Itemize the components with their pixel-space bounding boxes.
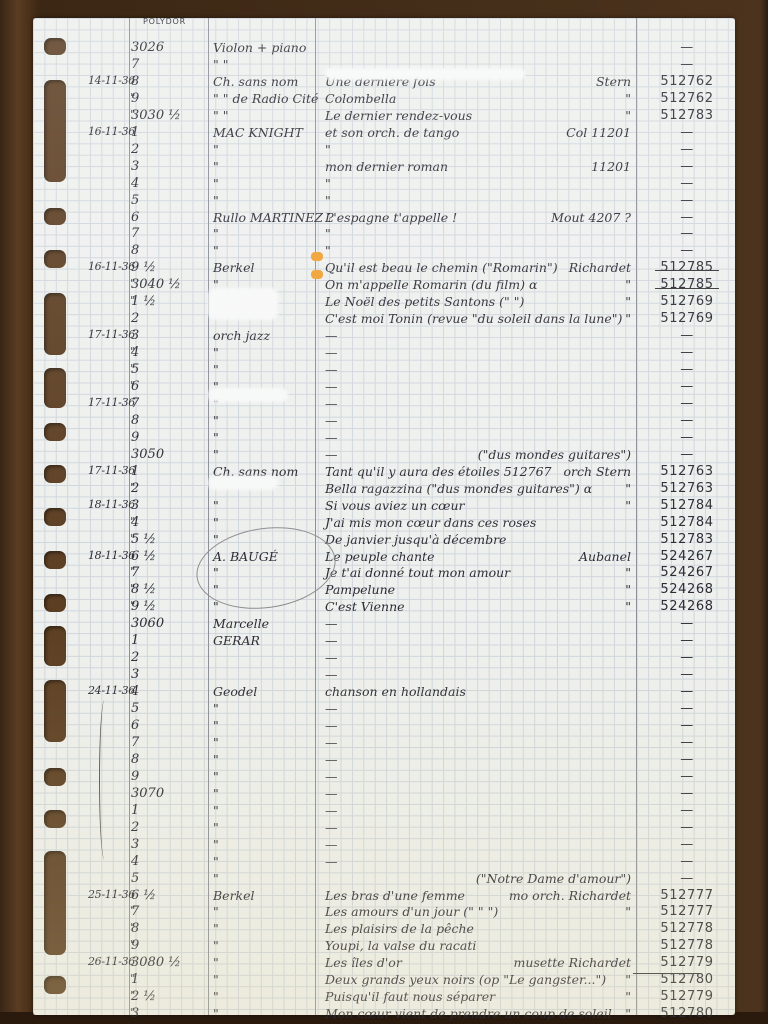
cell-title: Le dernier rendez-vous [325, 108, 472, 123]
cell-artist: " [213, 142, 321, 157]
underline-mark [655, 270, 719, 271]
table-row: "9"Youpi, la valse du racati512778 [33, 938, 735, 956]
cell-cat: 512769 [645, 294, 729, 309]
cell-no: 2 ½ [131, 989, 193, 1004]
cell-no: 1 [131, 125, 193, 140]
cell-pub: Stern [596, 74, 631, 89]
table-row: 4""— [33, 176, 735, 194]
cell-title: — [325, 650, 338, 665]
cell-cat: — [645, 226, 729, 241]
cell-pub: " [625, 108, 631, 123]
cell-cat: — [645, 837, 729, 852]
cell-no: 3 [131, 1006, 193, 1021]
cell-cat: — [645, 379, 729, 394]
cell-no: 3030 ½ [131, 108, 193, 123]
cell-no: 5 [131, 193, 193, 208]
cell-title: Qu'il est beau le chemin ("Romarin") [325, 260, 558, 275]
cell-no: 3040 ½ [131, 277, 193, 292]
cell-title: C'est moi Tonin (revue "du soleil dans l… [325, 311, 622, 326]
cell-artist: " [213, 413, 321, 428]
cell-title: Bella ragazzina ("dus mondes guitares") … [325, 481, 592, 496]
cell-artist: " [213, 735, 321, 750]
cell-title: — [325, 735, 338, 750]
cell-title: — [325, 837, 338, 852]
cell-cat: — [645, 769, 729, 784]
bracket-annotation [99, 700, 110, 860]
cell-date: " [75, 294, 135, 307]
cell-pub: " [625, 989, 631, 1004]
table-row: "2"Bella ragazzina ("dus mondes guitares… [33, 481, 735, 499]
cell-no: 8 ½ [131, 582, 193, 597]
cell-cat: 512777 [645, 888, 729, 903]
table-row: 6Rullo MARTINEZ ?L'espagne t'appelle !Mo… [33, 210, 735, 228]
redaction [208, 388, 288, 402]
cell-no: 9 ½ [131, 599, 193, 614]
cell-artist: " [213, 955, 321, 970]
cell-cat: 512769 [645, 311, 729, 326]
cell-title: L'espagne t'appelle ! [325, 210, 457, 225]
cell-date: " [75, 515, 135, 528]
cell-cat: — [645, 616, 729, 631]
cell-pub: Mout 4207 ? [551, 210, 631, 225]
cell-date: " [75, 938, 135, 951]
cell-cat: — [645, 328, 729, 343]
cell-artist: " [213, 345, 321, 360]
cell-cat: — [645, 413, 729, 428]
cell-cat: — [645, 362, 729, 377]
cell-cat: 512785 [645, 260, 729, 275]
cell-no: 8 [131, 752, 193, 767]
cell-no: 3 [131, 667, 193, 682]
table-row: 16-11-361MAC KNIGHTet son orch. de tango… [33, 125, 735, 143]
cell-artist: " [213, 786, 321, 801]
cell-pub: ("dus mondes guitares") [478, 447, 631, 462]
cell-title: " [325, 243, 331, 258]
cell-artist: " [213, 989, 321, 1004]
cell-title: Colombella [325, 91, 396, 106]
cell-title: " [325, 226, 331, 241]
underline-mark [655, 288, 719, 289]
cell-date: 24-11-36 [75, 684, 135, 697]
cell-artist: Marcelle [213, 616, 321, 631]
redaction [208, 476, 278, 490]
cell-title: On m'appelle Romarin (du film) α [325, 277, 537, 292]
cell-title: — [325, 718, 338, 733]
cell-no: 6 [131, 210, 193, 225]
cell-no: 6 ½ [131, 549, 193, 564]
cell-no: 5 [131, 362, 193, 377]
cell-cat: 512784 [645, 498, 729, 513]
underline-mark [633, 973, 699, 974]
cell-title: — [325, 701, 338, 716]
cell-no: 9 [131, 91, 193, 106]
cell-cat: — [645, 735, 729, 750]
cell-artist: " [213, 362, 321, 377]
cell-cat: — [645, 820, 729, 835]
cell-title: C'est Vienne [325, 599, 405, 614]
cell-artist: " [213, 803, 321, 818]
cell-title: Le peuple chante [325, 549, 434, 564]
table-row: 3—— [33, 667, 735, 685]
table-row: 4"—— [33, 854, 735, 872]
cell-title: — [325, 379, 338, 394]
cell-artist: Violon + piano [213, 40, 321, 55]
cell-artist: " [213, 938, 321, 953]
cell-title: Mon cœur vient de prendre un coup de sol… [325, 1006, 612, 1021]
cell-artist: " [213, 871, 321, 886]
cell-title: Les bras d'une femme [325, 888, 465, 903]
cell-pub: " [625, 294, 631, 309]
table-row: 7"—— [33, 735, 735, 753]
cell-cat: — [645, 701, 729, 716]
cell-cat: — [645, 752, 729, 767]
cell-date: 17-11-36 [75, 464, 135, 477]
cell-title: Je t'ai donné tout mon amour [325, 565, 510, 580]
table-row: "8"Les plaisirs de la pêche512778 [33, 921, 735, 939]
cell-title: " [325, 193, 331, 208]
cell-date: " [75, 972, 135, 985]
cell-date: 14-11-36 [75, 74, 135, 87]
cell-title: J'ai mis mon cœur dans ces roses [325, 515, 536, 530]
cell-artist: " [213, 447, 321, 462]
cell-no: 3026 [131, 40, 193, 55]
cell-date: " [75, 1006, 135, 1019]
table-row: "3"Mon cœur vient de prendre un coup de … [33, 1006, 735, 1024]
cell-pub: " [625, 565, 631, 580]
cell-cat: — [645, 430, 729, 445]
cell-cat: — [645, 684, 729, 699]
cell-date: " [75, 599, 135, 612]
cell-date: " [75, 379, 135, 392]
cell-cat: 512780 [645, 1006, 729, 1021]
table-row: 6"—— [33, 718, 735, 736]
table-row: 2—— [33, 650, 735, 668]
table-row: 16-11-369 ½BerkelQu'il est beau le chemi… [33, 260, 735, 278]
cell-artist: GERAR [213, 633, 321, 648]
cell-artist: Rullo MARTINEZ ? [213, 210, 321, 225]
cell-date: " [75, 565, 135, 578]
cell-no: 4 [131, 684, 193, 699]
cell-title: Le Noël des petits Santons (" ") [325, 294, 524, 309]
table-row: "9 ½"C'est Vienne"524268 [33, 599, 735, 617]
table-row: 3070"—— [33, 786, 735, 804]
cell-no: 3050 [131, 447, 193, 462]
cell-pub: Col 11201 [566, 125, 631, 140]
cell-artist: " [213, 159, 321, 174]
cell-date: " [75, 345, 135, 358]
header-label: POLYDOR [143, 17, 186, 26]
cell-date: 17-11-36 [75, 328, 135, 341]
cell-cat: 524267 [645, 565, 729, 580]
cell-date: " [75, 989, 135, 1002]
cell-cat: — [645, 786, 729, 801]
cell-title: " [325, 176, 331, 191]
table-row: 2""— [33, 142, 735, 160]
cell-title: — [325, 345, 338, 360]
cell-cat: 512778 [645, 921, 729, 936]
table-row: "1"Deux grands yeux noirs (op "Le gangst… [33, 972, 735, 990]
table-row: 3"—— [33, 837, 735, 855]
cell-no: 9 [131, 938, 193, 953]
cell-pub: Richardet [569, 260, 631, 275]
highlight-mark [311, 252, 323, 261]
table-row: 1GERAR—— [33, 633, 735, 651]
cell-title: De janvier jusqu'à décembre [325, 532, 506, 547]
cell-title: Pampelune [325, 582, 395, 597]
cell-no: 6 [131, 718, 193, 733]
cell-cat: — [645, 210, 729, 225]
cell-no: 7 [131, 396, 193, 411]
cell-no: 3060 [131, 616, 193, 631]
table-row: 9"—— [33, 430, 735, 448]
table-row: "4"J'ai mis mon cœur dans ces roses51278… [33, 515, 735, 533]
cell-artist: orch jazz [213, 328, 321, 343]
cell-date: " [75, 532, 135, 545]
cell-date: 17-11-36 [75, 396, 135, 409]
ledger-page: POLYDOR 3026Violon + piano—7" "—14-11-36… [33, 18, 735, 1015]
cell-pub: " [625, 311, 631, 326]
cell-pub: " [625, 481, 631, 496]
cell-cat: 512777 [645, 904, 729, 919]
cell-cat: 512784 [645, 515, 729, 530]
table-row: "1 ½"Le Noël des petits Santons (" ")"51… [33, 294, 735, 312]
cell-cat: 512779 [645, 989, 729, 1004]
cell-no: 3 [131, 498, 193, 513]
cell-title: — [325, 769, 338, 784]
cell-pub: Aubanel [579, 549, 631, 564]
cell-no: 1 [131, 464, 193, 479]
cell-no: 4 [131, 345, 193, 360]
cell-title: — [325, 854, 338, 869]
table-row: 18-11-363"Si vous aviez un cœur"512784 [33, 498, 735, 516]
cell-cat: — [645, 650, 729, 665]
cell-title: " [325, 142, 331, 157]
cell-artist: " [213, 769, 321, 784]
cell-cat: — [645, 125, 729, 140]
table-row: "8 ½"Pampelune"524268 [33, 582, 735, 600]
cell-cat: 524268 [645, 582, 729, 597]
cell-cat: 512762 [645, 74, 729, 89]
table-row: "9" " de Radio CitéColombella"512762 [33, 91, 735, 109]
table-row: 9"—— [33, 769, 735, 787]
cell-date: " [75, 904, 135, 917]
cell-pub: mo orch. Richardet [509, 888, 631, 903]
table-row: 5"("Notre Dame d'amour")— [33, 871, 735, 889]
cell-title: Youpi, la valse du racati [325, 938, 476, 953]
cell-artist: " " [213, 57, 321, 72]
cell-title: — [325, 616, 338, 631]
cell-pub: " [625, 498, 631, 513]
cell-cat: 512763 [645, 464, 729, 479]
table-row: "7"Les amours d'un jour (" " ")"512777 [33, 904, 735, 922]
table-row: "5 ½"De janvier jusqu'à décembre512783 [33, 532, 735, 550]
cell-title: Les amours d'un jour (" " ") [325, 904, 498, 919]
table-row: "3040 ½"On m'appelle Romarin (du film) α… [33, 277, 735, 295]
table-row: 1"—— [33, 803, 735, 821]
table-row: "3030 ½" "Le dernier rendez-vous"512783 [33, 108, 735, 126]
table-row: "2 ½"Puisqu'il faut nous séparer"512779 [33, 989, 735, 1007]
cell-cat: — [645, 142, 729, 157]
cell-artist: " [213, 701, 321, 716]
cell-title: chanson en hollandais [325, 684, 466, 699]
table-row: "6"—— [33, 379, 735, 397]
cell-date: " [75, 362, 135, 375]
cell-artist: " " de Radio Cité [213, 91, 321, 106]
cell-cat: — [645, 57, 729, 72]
cell-cat: — [645, 345, 729, 360]
cell-no: 7 [131, 565, 193, 580]
cell-no: 7 [131, 57, 193, 72]
cell-cat: — [645, 40, 729, 55]
cell-cat: — [645, 447, 729, 462]
cell-artist: " [213, 972, 321, 987]
cell-pub: " [625, 904, 631, 919]
table-row: 26-11-363080 ½"Les îles d'ormusette Rich… [33, 955, 735, 973]
cell-pub: " [625, 599, 631, 614]
cell-pub: musette Richardet [514, 955, 631, 970]
cell-cat: — [645, 159, 729, 174]
cell-cat: — [645, 718, 729, 733]
table-row: 17-11-361Ch. sans nomTant qu'il y aura d… [33, 464, 735, 482]
cell-date: " [75, 277, 135, 290]
cell-artist: " [213, 904, 321, 919]
cell-cat: 512763 [645, 481, 729, 496]
cell-no: 5 ½ [131, 532, 193, 547]
cell-date: 18-11-36 [75, 498, 135, 511]
cell-no: 2 [131, 820, 193, 835]
cell-artist: " [213, 837, 321, 852]
cell-title: Deux grands yeux noirs (op "Le gangster.… [325, 972, 606, 987]
cell-artist: Ch. sans nom [213, 74, 321, 89]
cell-no: 2 [131, 142, 193, 157]
cell-cat: 512783 [645, 108, 729, 123]
cell-no: 1 [131, 633, 193, 648]
cell-cat: — [645, 854, 729, 869]
cell-artist: " [213, 921, 321, 936]
cell-title: — [325, 328, 338, 343]
cell-cat: 512780 [645, 972, 729, 987]
cell-title: — [325, 820, 338, 835]
cell-no: 1 [131, 803, 193, 818]
cell-no: 3080 ½ [131, 955, 193, 970]
cell-pub: " [625, 972, 631, 987]
cell-pub: " [625, 1006, 631, 1021]
table-row: 3"mon dernier roman11201— [33, 159, 735, 177]
cell-title: — [325, 447, 338, 462]
table-row: 5"—— [33, 701, 735, 719]
cell-artist: Berkel [213, 260, 321, 275]
cell-title: — [325, 413, 338, 428]
table-row: "7"Je t'ai donné tout mon amour"524267 [33, 565, 735, 583]
table-row: 24-11-364Geodelchanson en hollandais— [33, 684, 735, 702]
cell-cat: — [645, 667, 729, 682]
cell-artist: " [213, 752, 321, 767]
cell-date: 26-11-36 [75, 955, 135, 968]
cell-title: Tant qu'il y aura des étoiles 512767 [325, 464, 552, 479]
cell-no: 7 [131, 226, 193, 241]
cell-artist: " [213, 854, 321, 869]
cell-date: " [75, 91, 135, 104]
cell-title: Les îles d'or [325, 955, 402, 970]
cell-no: 3 [131, 159, 193, 174]
cell-cat: 512783 [645, 532, 729, 547]
cell-title: Puisqu'il faut nous séparer [325, 989, 495, 1004]
cell-cat: — [645, 803, 729, 818]
cell-no: 9 [131, 769, 193, 784]
cell-no: 1 [131, 972, 193, 987]
cell-title: et son orch. de tango [325, 125, 459, 140]
cell-no: 3 [131, 837, 193, 852]
cell-artist: " [213, 718, 321, 733]
cell-cat: — [645, 633, 729, 648]
cell-date: 18-11-36 [75, 549, 135, 562]
cell-date: " [75, 582, 135, 595]
cell-title: Les plaisirs de la pêche [325, 921, 474, 936]
cell-artist: " [213, 243, 321, 258]
cell-artist: MAC KNIGHT [213, 125, 321, 140]
cell-no: 4 [131, 854, 193, 869]
cell-no: 3070 [131, 786, 193, 801]
cell-date: 16-11-36 [75, 260, 135, 273]
cell-artist: " " [213, 108, 321, 123]
table-row: 7""— [33, 226, 735, 244]
cell-no: 1 ½ [131, 294, 193, 309]
cell-no: 6 ½ [131, 888, 193, 903]
cell-title: — [325, 786, 338, 801]
cell-no: 4 [131, 515, 193, 530]
cell-cat: 512778 [645, 938, 729, 953]
table-row: 3026Violon + piano— [33, 40, 735, 58]
cell-artist: " [213, 430, 321, 445]
cell-no: 2 [131, 650, 193, 665]
table-row: 3060Marcelle—— [33, 616, 735, 634]
table-row: 8""— [33, 243, 735, 261]
cell-no: 8 [131, 921, 193, 936]
cell-no: 8 [131, 74, 193, 89]
cell-cat: 512779 [645, 955, 729, 970]
cell-no: 2 [131, 481, 193, 496]
cell-artist: " [213, 820, 321, 835]
cell-no: 2 [131, 311, 193, 326]
cell-no: 5 [131, 701, 193, 716]
cell-cat: 524268 [645, 599, 729, 614]
cell-artist: " [213, 1006, 321, 1021]
cell-cat: 512785 [645, 277, 729, 292]
table-row: "5"—— [33, 362, 735, 380]
cell-title: — [325, 667, 338, 682]
cell-no: 7 [131, 904, 193, 919]
cell-pub: " [625, 582, 631, 597]
cell-pub: ("Notre Dame d'amour") [476, 871, 631, 886]
table-row: 17-11-363orch jazz—— [33, 328, 735, 346]
cell-artist: " [213, 176, 321, 191]
cell-artist: " [213, 498, 321, 513]
cell-no: 8 [131, 413, 193, 428]
cell-artist: " [213, 226, 321, 241]
cell-pub: " [625, 91, 631, 106]
cell-title: mon dernier roman [325, 159, 448, 174]
cell-title: — [325, 362, 338, 377]
cell-date: " [75, 108, 135, 121]
cell-artist: Geodel [213, 684, 321, 699]
cell-no: 6 [131, 379, 193, 394]
table-row: 8"—— [33, 413, 735, 431]
cell-pub: orch Stern [563, 464, 631, 479]
cell-artist: Berkel [213, 888, 321, 903]
cell-no: 5 [131, 871, 193, 886]
table-row: 8"—— [33, 752, 735, 770]
cell-cat: — [645, 176, 729, 191]
